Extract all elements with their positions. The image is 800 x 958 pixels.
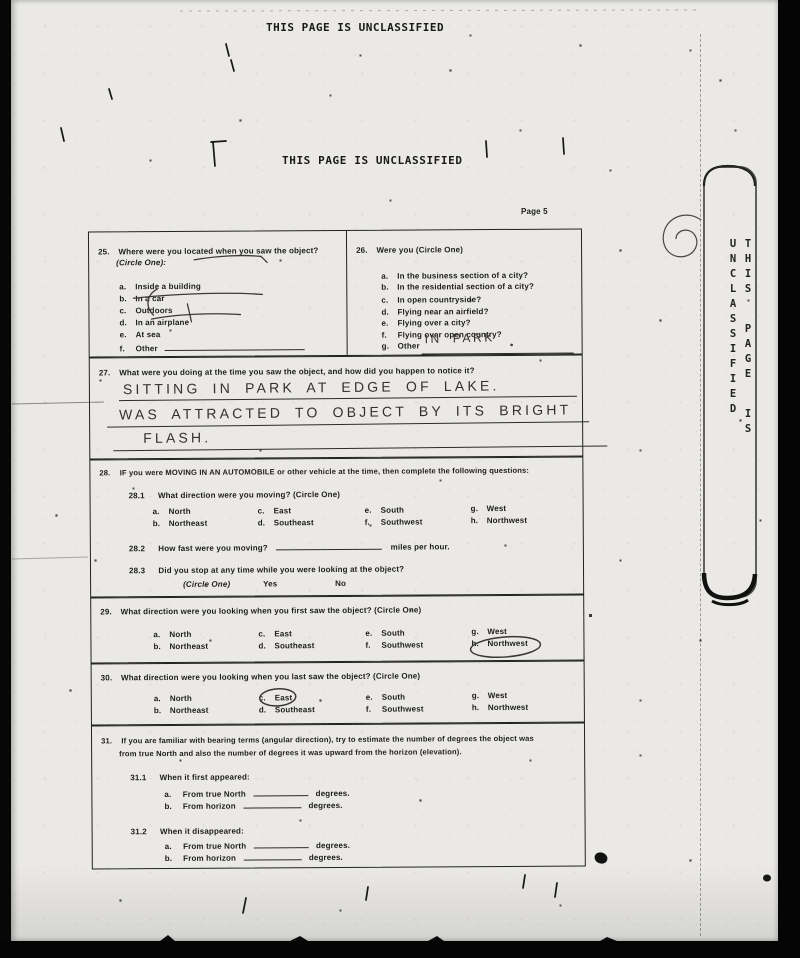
ink-tick <box>563 138 564 154</box>
ink-tick <box>366 887 368 900</box>
stamp-outline-bottom <box>704 573 755 598</box>
ink-tick <box>486 141 487 157</box>
corner-bracket-mark <box>211 141 226 166</box>
scan-edge-line <box>180 10 700 11</box>
ink-tick <box>109 89 112 99</box>
scan-artifacts-overlay <box>0 0 800 958</box>
ink-tick <box>231 60 234 71</box>
ink-blob <box>763 875 771 882</box>
scan-black-edge-right <box>778 0 800 958</box>
ink-tick <box>243 898 246 913</box>
scanned-document-page: THIS PAGE IS UNCLASSIFIED THIS PAGE IS U… <box>0 0 800 958</box>
stamp-outline <box>704 167 756 597</box>
ink-tick <box>523 875 525 888</box>
scan-scratch <box>12 557 88 559</box>
ink-tick <box>555 883 557 897</box>
scan-black-edge-bottom <box>0 941 800 958</box>
ink-blob <box>593 851 609 866</box>
scan-scratch <box>12 402 104 404</box>
ink-tick <box>61 128 64 141</box>
pen-scribble <box>663 215 701 257</box>
ink-tick <box>226 44 229 56</box>
stamp-ink-blot <box>712 600 748 605</box>
